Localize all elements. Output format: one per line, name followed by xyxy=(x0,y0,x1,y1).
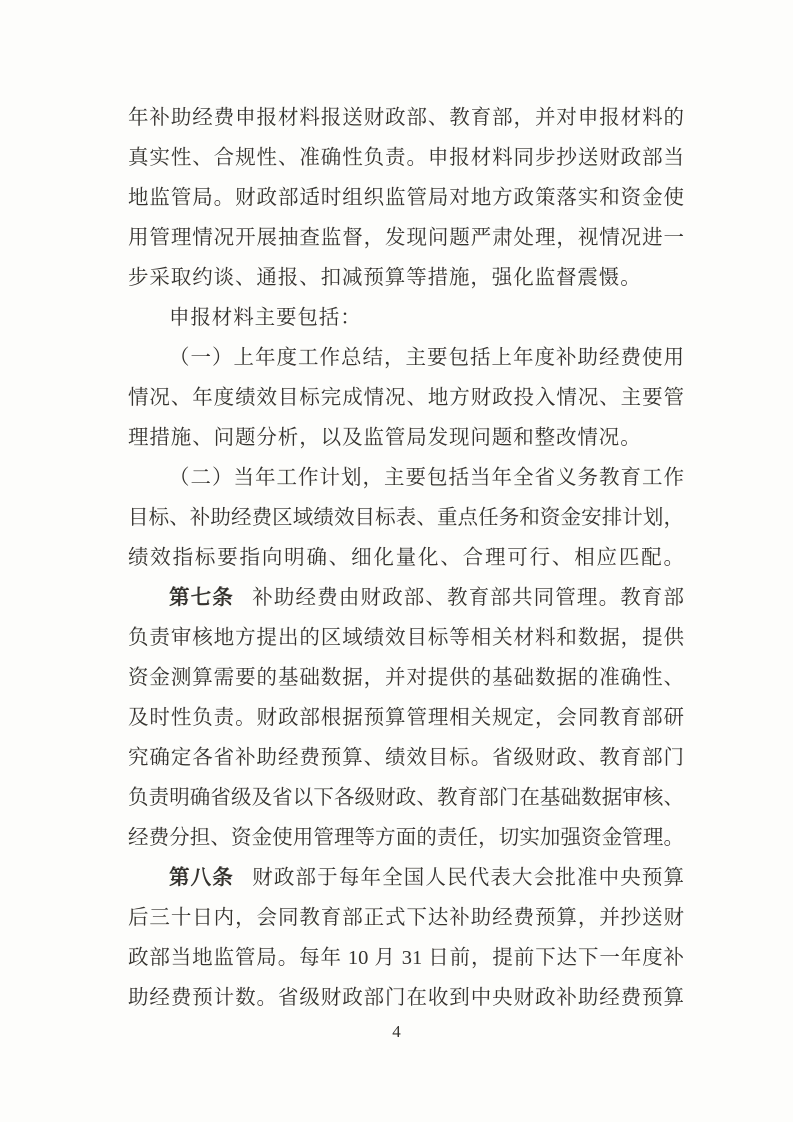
article-number: 第八条 xyxy=(169,866,234,889)
document-line: 地监管局。财政部适时组织监管局对地方政策落实和资金使 xyxy=(128,178,684,218)
line-text: 用管理情况开展抽查监督，发现问题严肃处理，视情况进一 xyxy=(128,227,684,249)
line-text: 补助经费由财政部、教育部共同管理。教育部 xyxy=(252,587,684,609)
document-line: 助经费预计数。省级财政部门在收到中央财政补助经费预算 xyxy=(128,978,684,1018)
document-line: 政部当地监管局。每年 10 月 31 日前，提前下达下一年度补 xyxy=(128,938,684,978)
document-line: 后三十日内，会同教育部正式下达补助经费预算，并抄送财 xyxy=(128,898,684,938)
document-line: 年补助经费申报材料报送财政部、教育部，并对申报材料的 xyxy=(128,98,684,138)
line-text: （一）上年度工作总结，主要包括上年度补助经费使用 xyxy=(169,347,684,369)
document-line: 步采取约谈、通报、扣减预算等措施，强化监督震慑。 xyxy=(128,258,684,298)
document-line: 资金测算需要的基础数据，并对提供的基础数据的准确性、 xyxy=(128,658,684,698)
line-text: 及时性负责。财政部根据预算管理相关规定，会同教育部研 xyxy=(128,707,684,729)
document-line: 究确定各省补助经费预算、绩效目标。省级财政、教育部门 xyxy=(128,738,684,778)
line-text: 理措施、问题分析，以及监管局发现问题和整改情况。 xyxy=(128,427,642,449)
document-line: （一）上年度工作总结，主要包括上年度补助经费使用 xyxy=(128,338,684,378)
document-line: 情况、年度绩效目标完成情况、地方财政投入情况、主要管 xyxy=(128,378,684,418)
line-text: 步采取约谈、通报、扣减预算等措施，强化监督震慑。 xyxy=(128,267,642,289)
document-page: 年补助经费申报材料报送财政部、教育部，并对申报材料的 真实性、合规性、准确性负责… xyxy=(0,0,793,1122)
line-text: 究确定各省补助经费预算、绩效目标。省级财政、教育部门 xyxy=(128,747,684,769)
page-number: 4 xyxy=(392,1022,401,1041)
line-text: 经费分担、资金使用管理等方面的责任，切实加强资金管理。 xyxy=(128,827,684,849)
line-text: 年补助经费申报材料报送财政部、教育部，并对申报材料的 xyxy=(128,107,684,129)
document-body: 年补助经费申报材料报送财政部、教育部，并对申报材料的 真实性、合规性、准确性负责… xyxy=(128,98,684,1018)
document-line: 及时性负责。财政部根据预算管理相关规定，会同教育部研 xyxy=(128,698,684,738)
document-line: 经费分担、资金使用管理等方面的责任，切实加强资金管理。 xyxy=(128,818,684,858)
line-text: 助经费预计数。省级财政部门在收到中央财政补助经费预算 xyxy=(128,987,684,1009)
article-number: 第七条 xyxy=(169,586,234,609)
document-line: 负责明确省级及省以下各级财政、教育部门在基础数据审核、 xyxy=(128,778,684,818)
line-text: 负责明确省级及省以下各级财政、教育部门在基础数据审核、 xyxy=(128,787,684,809)
document-line: 第七条 补助经费由财政部、教育部共同管理。教育部 xyxy=(128,578,684,618)
document-line: 用管理情况开展抽查监督，发现问题严肃处理，视情况进一 xyxy=(128,218,684,258)
document-line: 目标、补助经费区域绩效目标表、重点任务和资金安排计划， xyxy=(128,498,684,538)
line-text: 后三十日内，会同教育部正式下达补助经费预算，并抄送财 xyxy=(128,907,684,929)
document-line: 负责审核地方提出的区域绩效目标等相关材料和数据，提供 xyxy=(128,618,684,658)
line-text: 资金测算需要的基础数据，并对提供的基础数据的准确性、 xyxy=(128,667,684,689)
line-text: 真实性、合规性、准确性负责。申报材料同步抄送财政部当 xyxy=(128,147,684,169)
document-line: 申报材料主要包括： xyxy=(128,298,684,338)
line-text: 负责审核地方提出的区域绩效目标等相关材料和数据，提供 xyxy=(128,627,684,649)
line-text: 申报材料主要包括： xyxy=(169,307,362,329)
line-text: 地监管局。财政部适时组织监管局对地方政策落实和资金使 xyxy=(128,187,684,209)
line-text: （二）当年工作计划，主要包括当年全省义务教育工作 xyxy=(169,467,684,489)
line-text: 目标、补助经费区域绩效目标表、重点任务和资金安排计划， xyxy=(128,507,684,529)
document-line: 理措施、问题分析，以及监管局发现问题和整改情况。 xyxy=(128,418,684,458)
line-text: 绩效指标要指向明确、细化量化、合理可行、相应匹配。 xyxy=(128,547,684,569)
line-text: 财政部于每年全国人民代表大会批准中央预算 xyxy=(252,867,684,889)
line-text: 政部当地监管局。每年 10 月 31 日前，提前下达下一年度补 xyxy=(128,947,684,969)
document-line: 绩效指标要指向明确、细化量化、合理可行、相应匹配。 xyxy=(128,538,684,578)
document-line: （二）当年工作计划，主要包括当年全省义务教育工作 xyxy=(128,458,684,498)
document-line: 第八条 财政部于每年全国人民代表大会批准中央预算 xyxy=(128,858,684,898)
document-line: 真实性、合规性、准确性负责。申报材料同步抄送财政部当 xyxy=(128,138,684,178)
page-footer: 4 xyxy=(0,1020,793,1044)
line-text: 情况、年度绩效目标完成情况、地方财政投入情况、主要管 xyxy=(128,387,684,409)
